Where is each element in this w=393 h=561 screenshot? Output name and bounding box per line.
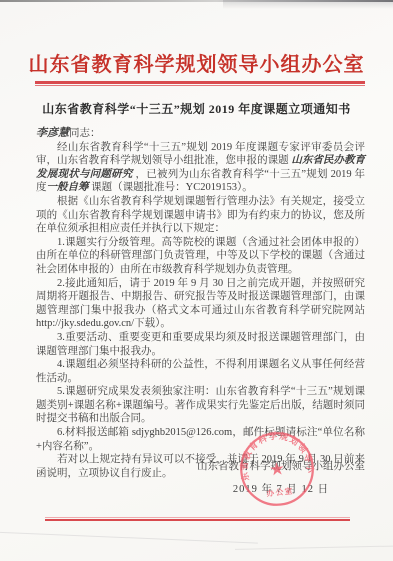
regulation-intro-paragraph: 根据《山东省教育科学规划课题暂行管理办法》有关规定，接受立项的《山东省教育科学规… [36,195,365,236]
salutation-suffix: 同志： [69,128,101,139]
approval-paragraph: 经山东省教育科学“十三五”规划 2019 年度课题专家评审委员会评审，山东省教育… [36,141,365,195]
rule-item-5: 5.课题研究成果发表须独家注明：山东省教育科学“十三五”规划课题类别+课题名称+… [36,385,365,426]
approval-tail-text: 课题（课题批准号：YC2019153）。 [89,182,253,193]
scanned-document-page: 山东省教育科学规划领导小组办公室 山东省教育科学“十三五”规划 2019 年度课… [0,0,393,561]
red-rule-bottom-thin [45,517,350,518]
paper-crease [0,531,258,543]
project-category-text: 一般自筹 [47,182,89,193]
seal-office-text: 办公室 [266,485,294,498]
red-rule-top [35,81,365,86]
document-title: 山东省教育科学“十三五”规划 2019 年度课题立项通知书 [18,100,375,117]
rule-item-1: 1.课题实行分级管理。高等院校的课题（含通过社会团体申报的）由所在单位的科研管理… [36,236,365,277]
scan-corner-shadow [223,0,393,9]
official-seal: 山东省教育科学规划领导小组 ★ 办公室 [234,426,320,512]
rule-item-3: 3.重要活动、重要变更和重要成果均须及时报送课题管理部门，由课题管理部门集中报我… [36,331,365,358]
rule-item-2: 2.接此通知后，请于 2019 年 9 月 30 日之前完成开题，并按照研究周期… [36,277,365,331]
recipient-name: 李彦慧 [36,127,69,139]
salutation-line: 李彦慧同志： [36,127,365,141]
paper-crease [235,545,393,550]
red-rule-top-thick [35,81,365,84]
seal-star-icon: ★ [268,458,286,480]
rule-item-4: 4.课题组必须坚持科研的公益性，不得利用课题名义从事任何经营性活动。 [36,358,365,385]
document-body: 李彦慧同志： 经山东省教育科学“十三五”规划 2019 年度课题专家评审委员会评… [36,127,365,480]
letterhead-org-name: 山东省教育科学规划领导小组办公室 [0,48,393,77]
rule-item-6: 6.材料报送邮箱 sdjyghb2015@126.com，邮件标题请标注“单位名… [36,426,365,453]
red-rule-top-thin [35,85,365,86]
red-rule-bottom [45,517,350,521]
red-rule-bottom-thick [45,519,350,521]
